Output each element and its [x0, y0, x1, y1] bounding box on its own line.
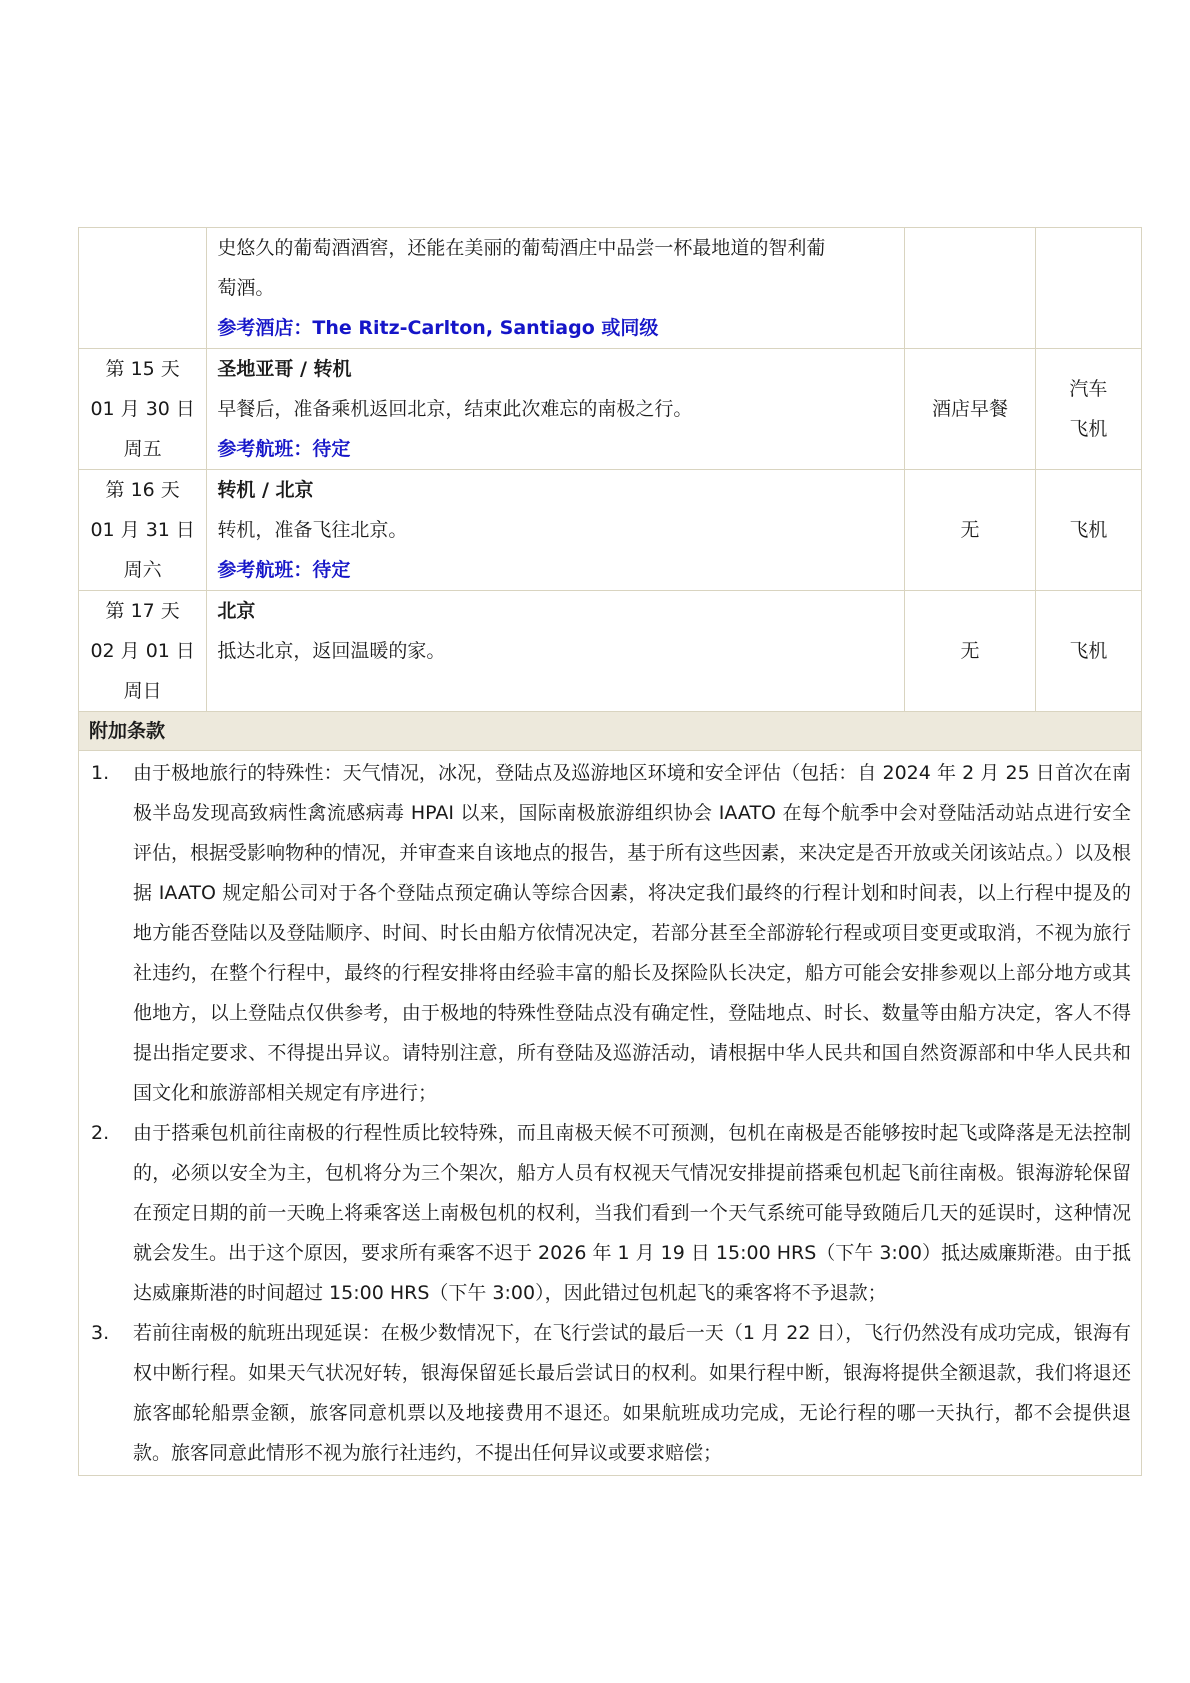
meal-cell — [905, 228, 1035, 349]
terms-item-number: 3. — [91, 1313, 109, 1353]
day-date: 01 月 31 日 — [79, 510, 206, 550]
meal-cell: 酒店早餐 — [905, 349, 1035, 470]
day-date: 01 月 30 日 — [79, 389, 206, 429]
terms-item: 3. 若前往南极的航班出现延误：在极少数情况下，在飞行尝试的最后一天（1 月 2… — [89, 1313, 1131, 1473]
transport-item: 汽车 — [1036, 369, 1141, 409]
day-title: 北京 — [217, 591, 894, 631]
meal-cell: 无 — [905, 470, 1035, 591]
reference-flight: 参考航班：待定 — [217, 550, 894, 590]
reference-hotel: 参考酒店：The Ritz-Carlton, Santiago 或同级 — [217, 308, 894, 348]
day-cell: 第 17 天 02 月 01 日 周日 — [79, 591, 207, 712]
terms-list: 1. 由于极地旅行的特殊性：天气情况，冰况，登陆点及巡游地区环境和安全评估（包括… — [89, 753, 1131, 1473]
desc-cell: 圣地亚哥 / 转机 早餐后，准备乘机返回北京，结束此次难忘的南极之行。 参考航班… — [207, 349, 905, 470]
terms-item: 1. 由于极地旅行的特殊性：天气情况，冰况，登陆点及巡游地区环境和安全评估（包括… — [89, 753, 1131, 1113]
day-title: 圣地亚哥 / 转机 — [217, 349, 894, 389]
desc-text: 萄酒。 — [217, 268, 894, 308]
transport-item: 飞机 — [1036, 409, 1141, 449]
itinerary-table: 史悠久的葡萄酒酒窖，还能在美丽的葡萄酒庄中品尝一杯最地道的智利葡 萄酒。 参考酒… — [78, 227, 1142, 1476]
meal-cell: 无 — [905, 591, 1035, 712]
table-row: 第 17 天 02 月 01 日 周日 北京 抵达北京，返回温暖的家。 无 飞机 — [79, 591, 1142, 712]
terms-cell: 1. 由于极地旅行的特殊性：天气情况，冰况，登陆点及巡游地区环境和安全评估（包括… — [79, 751, 1142, 1476]
desc-cell: 史悠久的葡萄酒酒窖，还能在美丽的葡萄酒庄中品尝一杯最地道的智利葡 萄酒。 参考酒… — [207, 228, 905, 349]
table-row: 史悠久的葡萄酒酒窖，还能在美丽的葡萄酒庄中品尝一杯最地道的智利葡 萄酒。 参考酒… — [79, 228, 1142, 349]
transport-cell: 飞机 — [1035, 591, 1141, 712]
terms-item-number: 1. — [91, 753, 109, 793]
terms-row: 1. 由于极地旅行的特殊性：天气情况，冰况，登陆点及巡游地区环境和安全评估（包括… — [79, 751, 1142, 1476]
transport-item: 飞机 — [1036, 510, 1141, 550]
day-weekday: 周六 — [79, 550, 206, 590]
day-number: 第 17 天 — [79, 591, 206, 631]
day-weekday: 周日 — [79, 671, 206, 711]
desc-text: 抵达北京，返回温暖的家。 — [217, 631, 894, 671]
transport-cell: 飞机 — [1035, 470, 1141, 591]
table-row: 第 16 天 01 月 31 日 周六 转机 / 北京 转机，准备飞往北京。 参… — [79, 470, 1142, 591]
transport-cell — [1035, 228, 1141, 349]
reference-flight: 参考航班：待定 — [217, 429, 894, 469]
day-date: 02 月 01 日 — [79, 631, 206, 671]
desc-text: 史悠久的葡萄酒酒窖，还能在美丽的葡萄酒庄中品尝一杯最地道的智利葡 — [217, 228, 894, 268]
section-header: 附加条款 — [79, 712, 1142, 751]
terms-item-number: 2. — [91, 1113, 109, 1153]
desc-cell: 转机 / 北京 转机，准备飞往北京。 参考航班：待定 — [207, 470, 905, 591]
day-title: 转机 / 北京 — [217, 470, 894, 510]
day-cell: 第 15 天 01 月 30 日 周五 — [79, 349, 207, 470]
day-cell: 第 16 天 01 月 31 日 周六 — [79, 470, 207, 591]
terms-item-text: 若前往南极的航班出现延误：在极少数情况下，在飞行尝试的最后一天（1 月 22 日… — [133, 1322, 1131, 1464]
terms-item-text: 由于极地旅行的特殊性：天气情况，冰况，登陆点及巡游地区环境和安全评估（包括：自 … — [133, 762, 1131, 1104]
day-cell — [79, 228, 207, 349]
transport-cell: 汽车 飞机 — [1035, 349, 1141, 470]
day-number: 第 15 天 — [79, 349, 206, 389]
day-number: 第 16 天 — [79, 470, 206, 510]
desc-text: 早餐后，准备乘机返回北京，结束此次难忘的南极之行。 — [217, 389, 894, 429]
terms-item-text: 由于搭乘包机前往南极的行程性质比较特殊，而且南极天候不可预测，包机在南极是否能够… — [133, 1122, 1131, 1304]
transport-item: 飞机 — [1036, 631, 1141, 671]
terms-item: 2. 由于搭乘包机前往南极的行程性质比较特殊，而且南极天候不可预测，包机在南极是… — [89, 1113, 1131, 1313]
desc-cell: 北京 抵达北京，返回温暖的家。 — [207, 591, 905, 712]
desc-text: 转机，准备飞往北京。 — [217, 510, 894, 550]
day-weekday: 周五 — [79, 429, 206, 469]
table-row: 第 15 天 01 月 30 日 周五 圣地亚哥 / 转机 早餐后，准备乘机返回… — [79, 349, 1142, 470]
section-header-row: 附加条款 — [79, 712, 1142, 751]
